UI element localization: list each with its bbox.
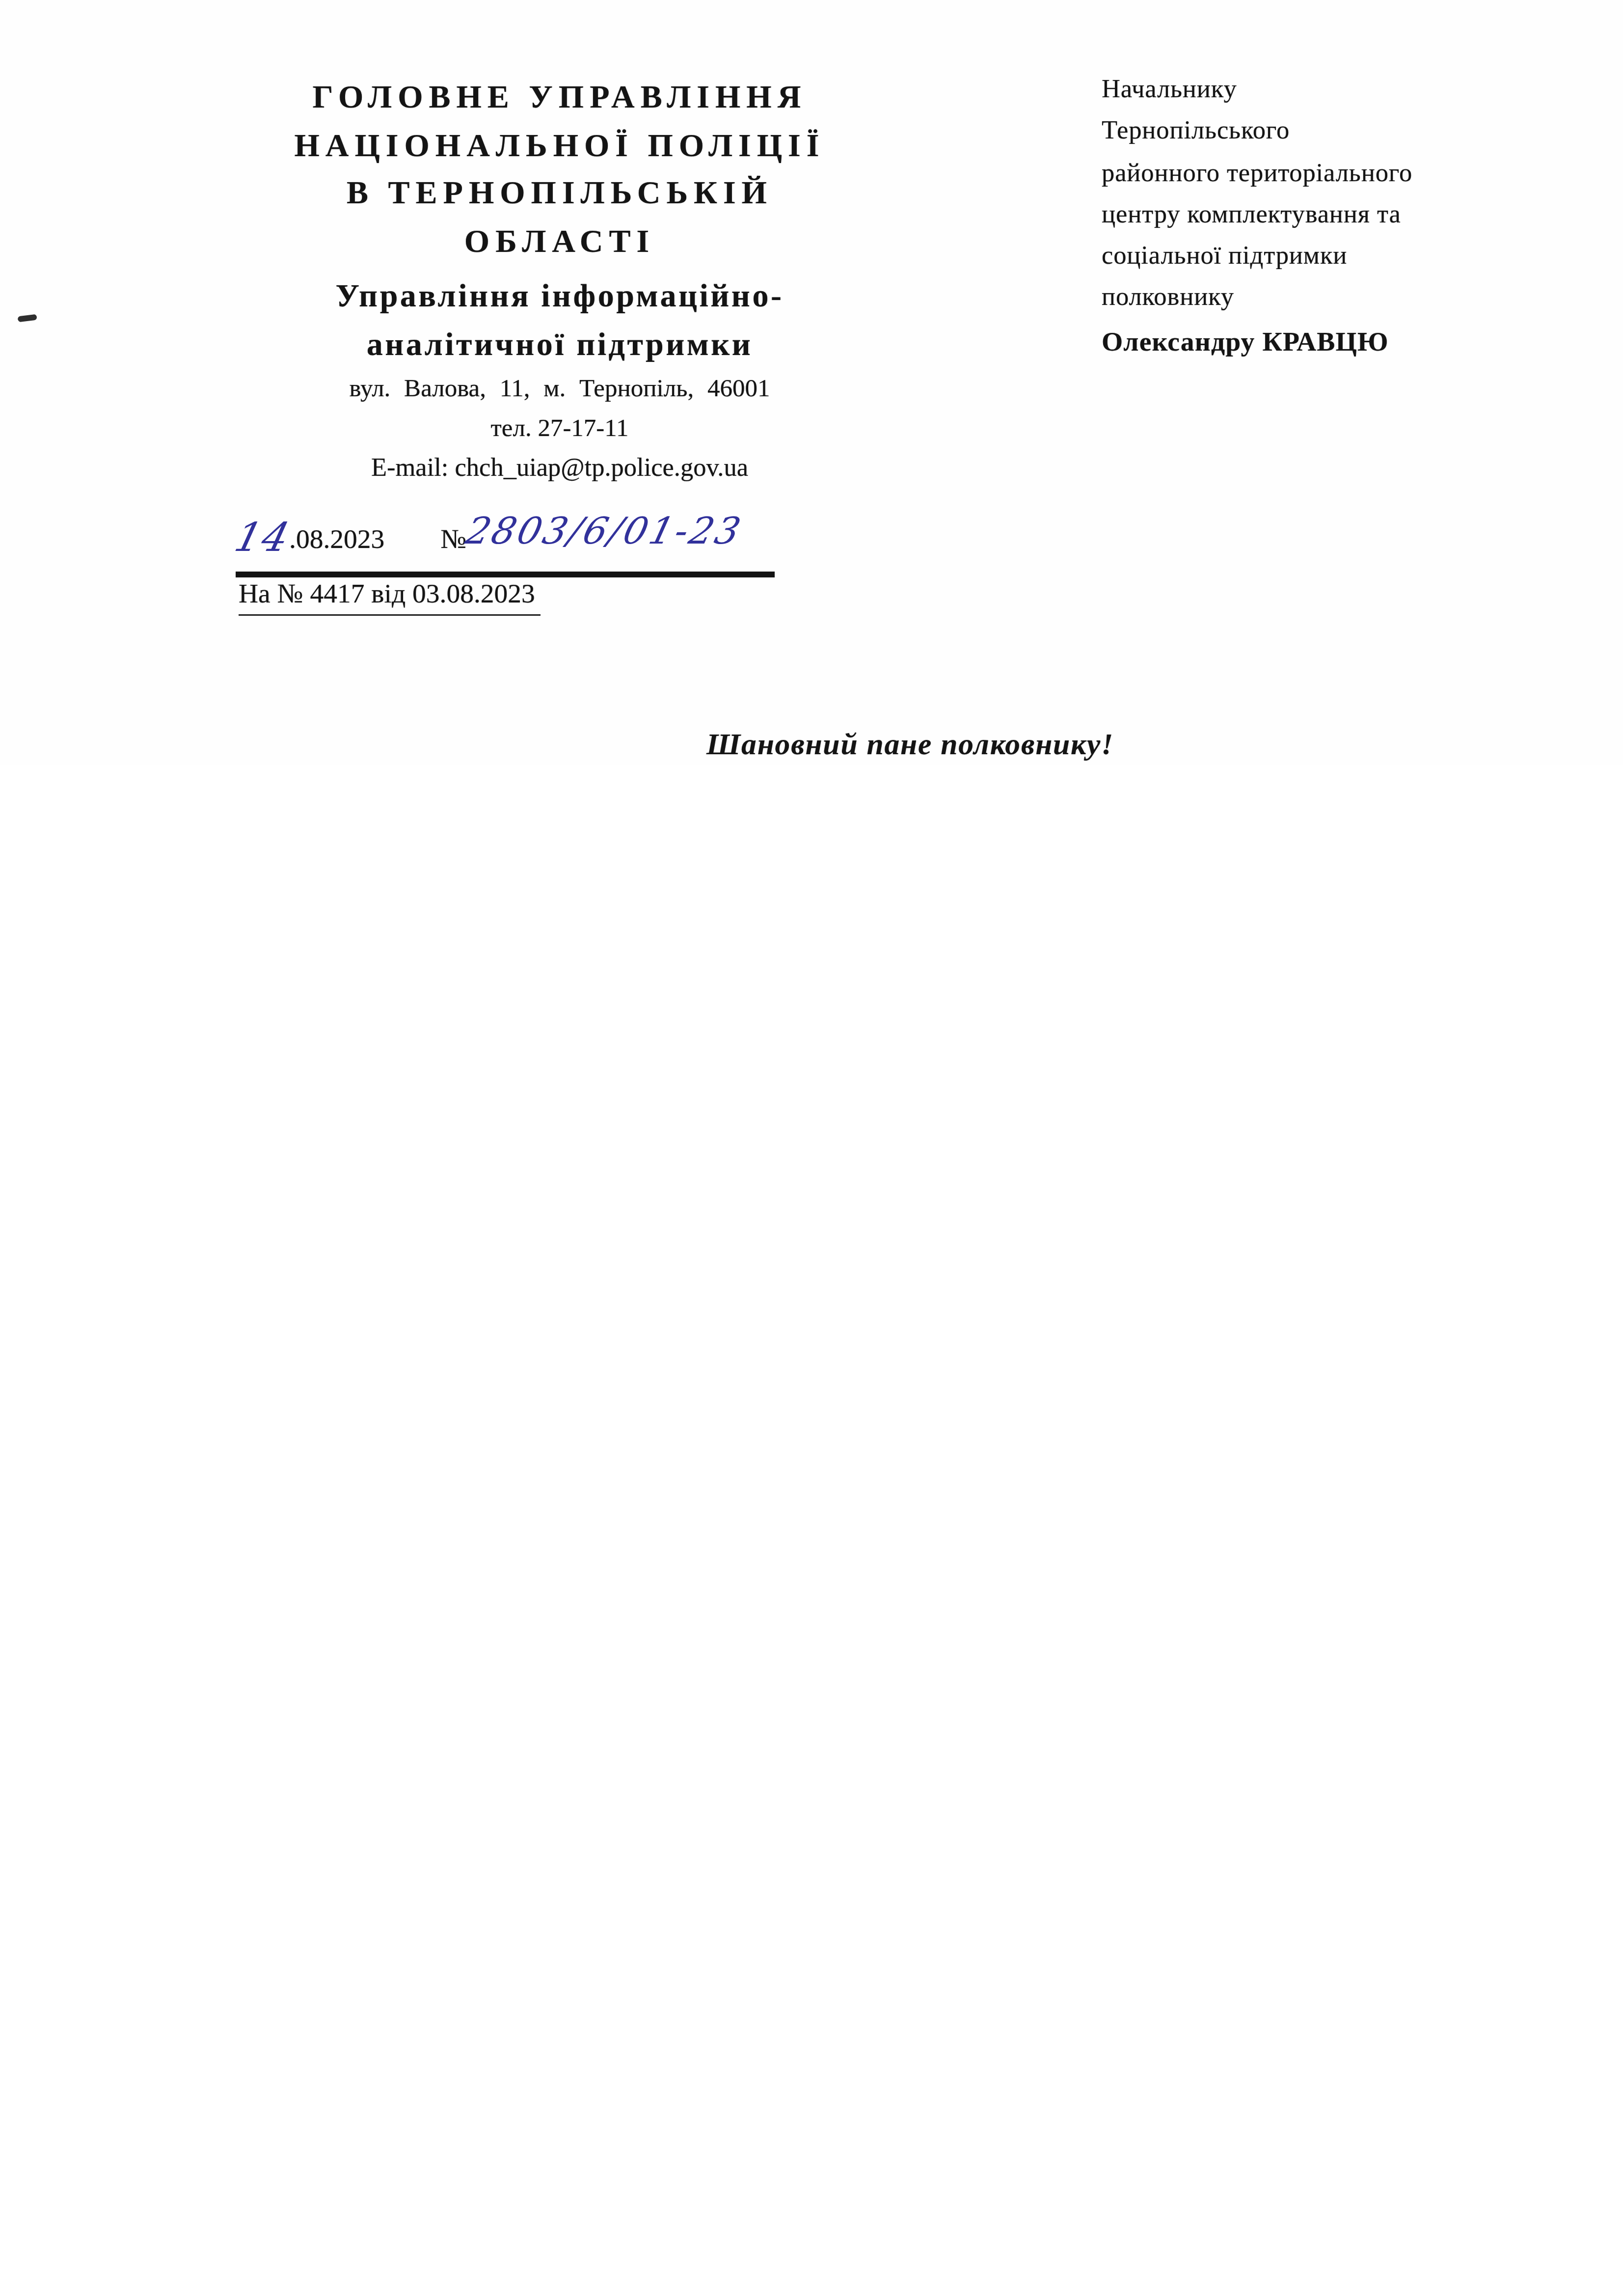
org-name-line: НАЦІОНАЛЬНОЇ ПОЛІЦІЇ [206,122,913,170]
salutation: Шановний пане полковнику! [243,729,1577,763]
addressee-name: Олександру КРАВЦЮ [1102,322,1595,364]
reference-underline-bar [236,572,775,577]
handwritten-outgoing-number: 2803/6/01-23 [461,510,746,552]
addressee-line: соціальної підтримки [1102,235,1595,276]
org-name-line: ГОЛОВНЕ УПРАВЛІННЯ [206,74,913,122]
org-unit-line: аналітичної підтримки [206,320,913,368]
addressee-line: центру комплектування та [1102,193,1595,235]
org-unit: Управління інформаційно- аналітичної під… [206,271,913,368]
org-name-line: В ТЕРНОПІЛЬСЬКІЙ [206,169,913,218]
addressee-line: Тернопільського [1102,109,1595,151]
letter-page: ГОЛОВНЕ УПРАВЛІННЯ НАЦІОНАЛЬНОЇ ПОЛІЦІЇ … [0,0,1623,765]
org-name-line: ОБЛАСТІ [206,218,913,266]
addressee-line: Начальнику [1102,68,1595,109]
org-phone: тел. 27-17-11 [206,408,913,448]
reply-to-reference: На № 4417 від 03.08.2023 [239,580,541,616]
org-unit-line: Управління інформаційно- [206,271,913,320]
handwritten-day: 14 [230,516,295,561]
reference-line: 14.08.2023№2803/6/01-23 [236,513,741,558]
addressee-block: Начальнику Тернопільського районного тер… [1102,68,1595,364]
org-address: вул. Валова, 11, м. Тернопіль, 46001 [206,368,913,408]
scan-artifact-dash [18,314,37,322]
addressee-line: районного територіального [1102,151,1595,193]
org-email: E-mail: chch_uiap@tp.police.gov.ua [206,448,913,488]
date-printed-part: .08.2023 [289,526,384,557]
scan-scale-wrapper: ГОЛОВНЕ УПРАВЛІННЯ НАЦІОНАЛЬНОЇ ПОЛІЦІЇ … [0,0,1623,765]
letterhead: ГОЛОВНЕ УПРАВЛІННЯ НАЦІОНАЛЬНОЇ ПОЛІЦІЇ … [206,74,913,488]
addressee-line: полковнику [1102,276,1595,318]
